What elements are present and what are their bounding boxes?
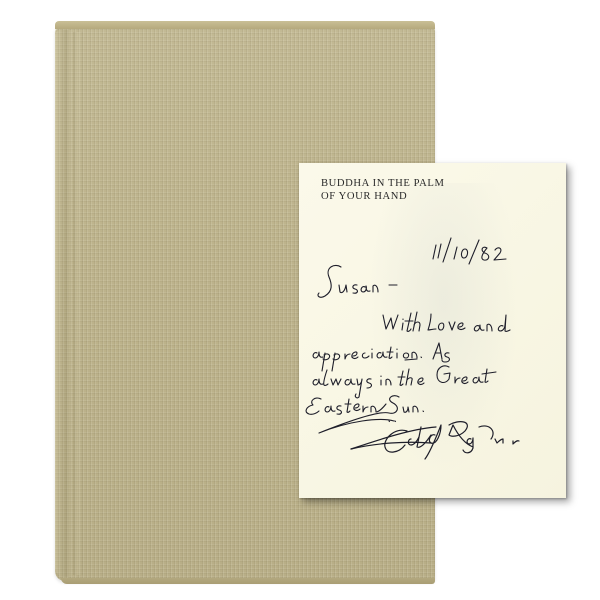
handwritten-line-2	[313, 343, 449, 371]
book-hinge	[73, 32, 83, 575]
handwritten-signature	[351, 422, 519, 459]
title-page-inset: BUDDHA IN THE PALM OF YOUR HAND 11/10/82…	[299, 163, 566, 498]
handwritten-line-1	[383, 312, 510, 331]
handwritten-salutation	[318, 265, 397, 297]
handwritten-line-4	[306, 396, 423, 433]
handwritten-inscription	[299, 163, 566, 498]
book-spine-edge	[55, 30, 71, 577]
handwritten-line-3	[313, 366, 496, 398]
book-top-edge	[55, 21, 435, 29]
handwritten-date	[433, 238, 506, 264]
book-bottom-edge	[61, 578, 435, 584]
